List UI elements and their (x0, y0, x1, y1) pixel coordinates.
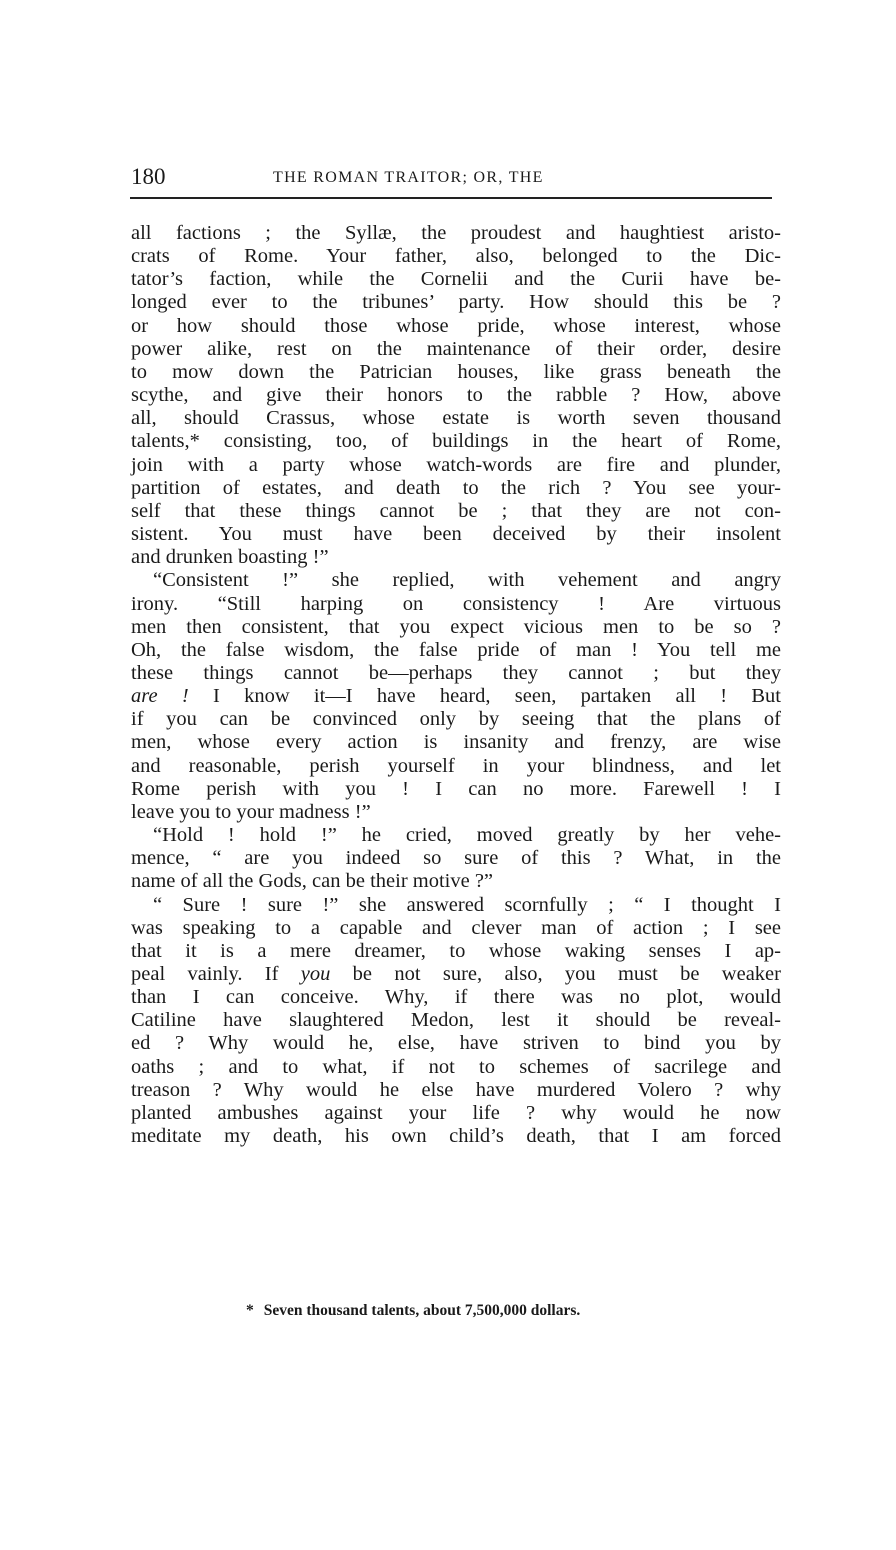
text-segment: “Consistent !” she replied, with vehemen… (153, 569, 781, 591)
text-line: leave you to your madness !” (131, 801, 781, 824)
text-segment: scythe, and give their honors to the rab… (131, 384, 781, 406)
text-segment: that it is a mere dreamer, to whose waki… (131, 940, 781, 962)
text-line: self that these things cannot be ; that … (131, 500, 781, 523)
text-line: than I can conceive. Why, if there was n… (131, 986, 781, 1009)
text-line: Catiline have slaughtered Medon, lest it… (131, 1009, 781, 1032)
text-segment: men then consistent, that you expect vic… (131, 616, 781, 638)
text-segment: peal vainly. If (131, 963, 301, 985)
running-head: 180 THE ROMAN TRAITOR; OR, THE (131, 162, 781, 192)
text-segment: all, should Crassus, whose estate is wor… (131, 407, 781, 429)
text-segment: meditate my death, his own child’s death… (131, 1125, 781, 1147)
text-segment: tator’s faction, while the Cornelii and … (131, 268, 781, 290)
text-line: all factions ; the Syllæ, the proudest a… (131, 222, 781, 245)
text-segment: and reasonable, perish yourself in your … (131, 755, 781, 777)
text-segment: leave you to your madness !” (131, 801, 371, 823)
text-line: planted ambushes against your life ? why… (131, 1102, 781, 1125)
text-line: meditate my death, his own child’s death… (131, 1125, 781, 1148)
text-line: partition of estates, and death to the r… (131, 477, 781, 500)
text-line: irony. “Still harping on consistency ! A… (131, 593, 781, 616)
footnote-text: Seven thousand talents, about 7,500,000 … (264, 1302, 581, 1319)
text-line: ed ? Why would he, else, have striven to… (131, 1032, 781, 1055)
text-line: talents,* consisting, too, of buildings … (131, 430, 781, 453)
text-segment: sistent. You must have been deceived by … (131, 523, 781, 545)
text-line: and drunken boasting !” (131, 546, 781, 569)
text-segment: to mow down the Patrician houses, like g… (131, 361, 781, 383)
text-line: Oh, the false wisdom, the false pride of… (131, 639, 781, 662)
text-segment: I know it—I have heard, seen, partaken a… (189, 685, 781, 707)
text-line: peal vainly. If you be not sure, also, y… (131, 963, 781, 986)
text-segment: than I can conceive. Why, if there was n… (131, 986, 781, 1008)
text-line: join with a party whose watch-words are … (131, 454, 781, 477)
text-line: that it is a mere dreamer, to whose waki… (131, 940, 781, 963)
book-page: 180 THE ROMAN TRAITOR; OR, THE all facti… (0, 0, 896, 1550)
text-line: “Hold ! hold !” he cried, moved greatly … (131, 824, 781, 847)
footnote: *Seven thousand talents, about 7,500,000… (246, 1300, 580, 1322)
text-line: tator’s faction, while the Cornelii and … (131, 268, 781, 291)
text-line: Rome perish with you ! I can no more. Fa… (131, 778, 781, 801)
text-line: if you can be convinced only by seeing t… (131, 708, 781, 731)
text-segment: “Hold ! hold !” he cried, moved greatly … (153, 824, 781, 846)
text-line: power alike, rest on the maintenance of … (131, 338, 781, 361)
footnote-mark: * (246, 1300, 254, 1322)
text-segment: planted ambushes against your life ? why… (131, 1102, 781, 1124)
text-segment: or how should those whose pride, whose i… (131, 315, 781, 337)
text-segment: longed ever to the tribunes’ party. How … (131, 291, 781, 313)
text-line: and reasonable, perish yourself in your … (131, 755, 781, 778)
text-segment: if you can be convinced only by seeing t… (131, 708, 781, 730)
text-segment: irony. “Still harping on consistency ! A… (131, 593, 781, 615)
text-line: men, whose every action is insanity and … (131, 731, 781, 754)
text-line: oaths ; and to what, if not to schemes o… (131, 1056, 781, 1079)
text-segment: talents,* consisting, too, of buildings … (131, 430, 781, 452)
text-line: or how should those whose pride, whose i… (131, 315, 781, 338)
text-line: longed ever to the tribunes’ party. How … (131, 291, 781, 314)
text-segment: Oh, the false wisdom, the false pride of… (131, 639, 781, 661)
text-line: crats of Rome. Your father, also, belong… (131, 245, 781, 268)
text-segment: and drunken boasting !” (131, 546, 329, 568)
text-segment: crats of Rome. Your father, also, belong… (131, 245, 781, 267)
text-segment: Rome perish with you ! I can no more. Fa… (131, 778, 781, 800)
text-line: are ! I know it—I have heard, seen, part… (131, 685, 781, 708)
text-segment: name of all the Gods, can be their motiv… (131, 870, 493, 892)
text-line: treason ? Why would he else have murdere… (131, 1079, 781, 1102)
text-segment: Catiline have slaughtered Medon, lest it… (131, 1009, 781, 1031)
text-segment: was speaking to a capable and clever man… (131, 917, 781, 939)
italic-text: you (301, 963, 331, 985)
text-segment: men, whose every action is insanity and … (131, 731, 781, 753)
text-segment: these things cannot be—perhaps they cann… (131, 662, 781, 684)
text-segment: be not sure, also, you must be weaker (330, 963, 781, 985)
text-segment: treason ? Why would he else have murdere… (131, 1079, 781, 1101)
text-segment: mence, “ are you indeed so sure of this … (131, 847, 781, 869)
text-line: men then consistent, that you expect vic… (131, 616, 781, 639)
text-line: sistent. You must have been deceived by … (131, 523, 781, 546)
running-title: THE ROMAN TRAITOR; OR, THE (273, 165, 544, 191)
page-number: 180 (131, 162, 166, 192)
header-rule (130, 197, 772, 199)
text-segment: all factions ; the Syllæ, the proudest a… (131, 222, 781, 244)
text-line: all, should Crassus, whose estate is wor… (131, 407, 781, 430)
text-segment: power alike, rest on the maintenance of … (131, 338, 781, 360)
text-line: was speaking to a capable and clever man… (131, 917, 781, 940)
italic-text: are ! (131, 685, 189, 707)
text-segment: partition of estates, and death to the r… (131, 477, 781, 499)
text-segment: join with a party whose watch-words are … (131, 454, 781, 476)
text-segment: ed ? Why would he, else, have striven to… (131, 1032, 781, 1054)
body-text: all factions ; the Syllæ, the proudest a… (131, 222, 781, 1148)
text-line: scythe, and give their honors to the rab… (131, 384, 781, 407)
text-line: these things cannot be—perhaps they cann… (131, 662, 781, 685)
text-line: to mow down the Patrician houses, like g… (131, 361, 781, 384)
text-line: mence, “ are you indeed so sure of this … (131, 847, 781, 870)
text-segment: “ Sure ! sure !” she answered scornfully… (153, 894, 781, 916)
text-segment: self that these things cannot be ; that … (131, 500, 781, 522)
text-segment: oaths ; and to what, if not to schemes o… (131, 1056, 781, 1078)
text-line: name of all the Gods, can be their motiv… (131, 870, 781, 893)
text-line: “ Sure ! sure !” she answered scornfully… (131, 894, 781, 917)
text-line: “Consistent !” she replied, with vehemen… (131, 569, 781, 592)
